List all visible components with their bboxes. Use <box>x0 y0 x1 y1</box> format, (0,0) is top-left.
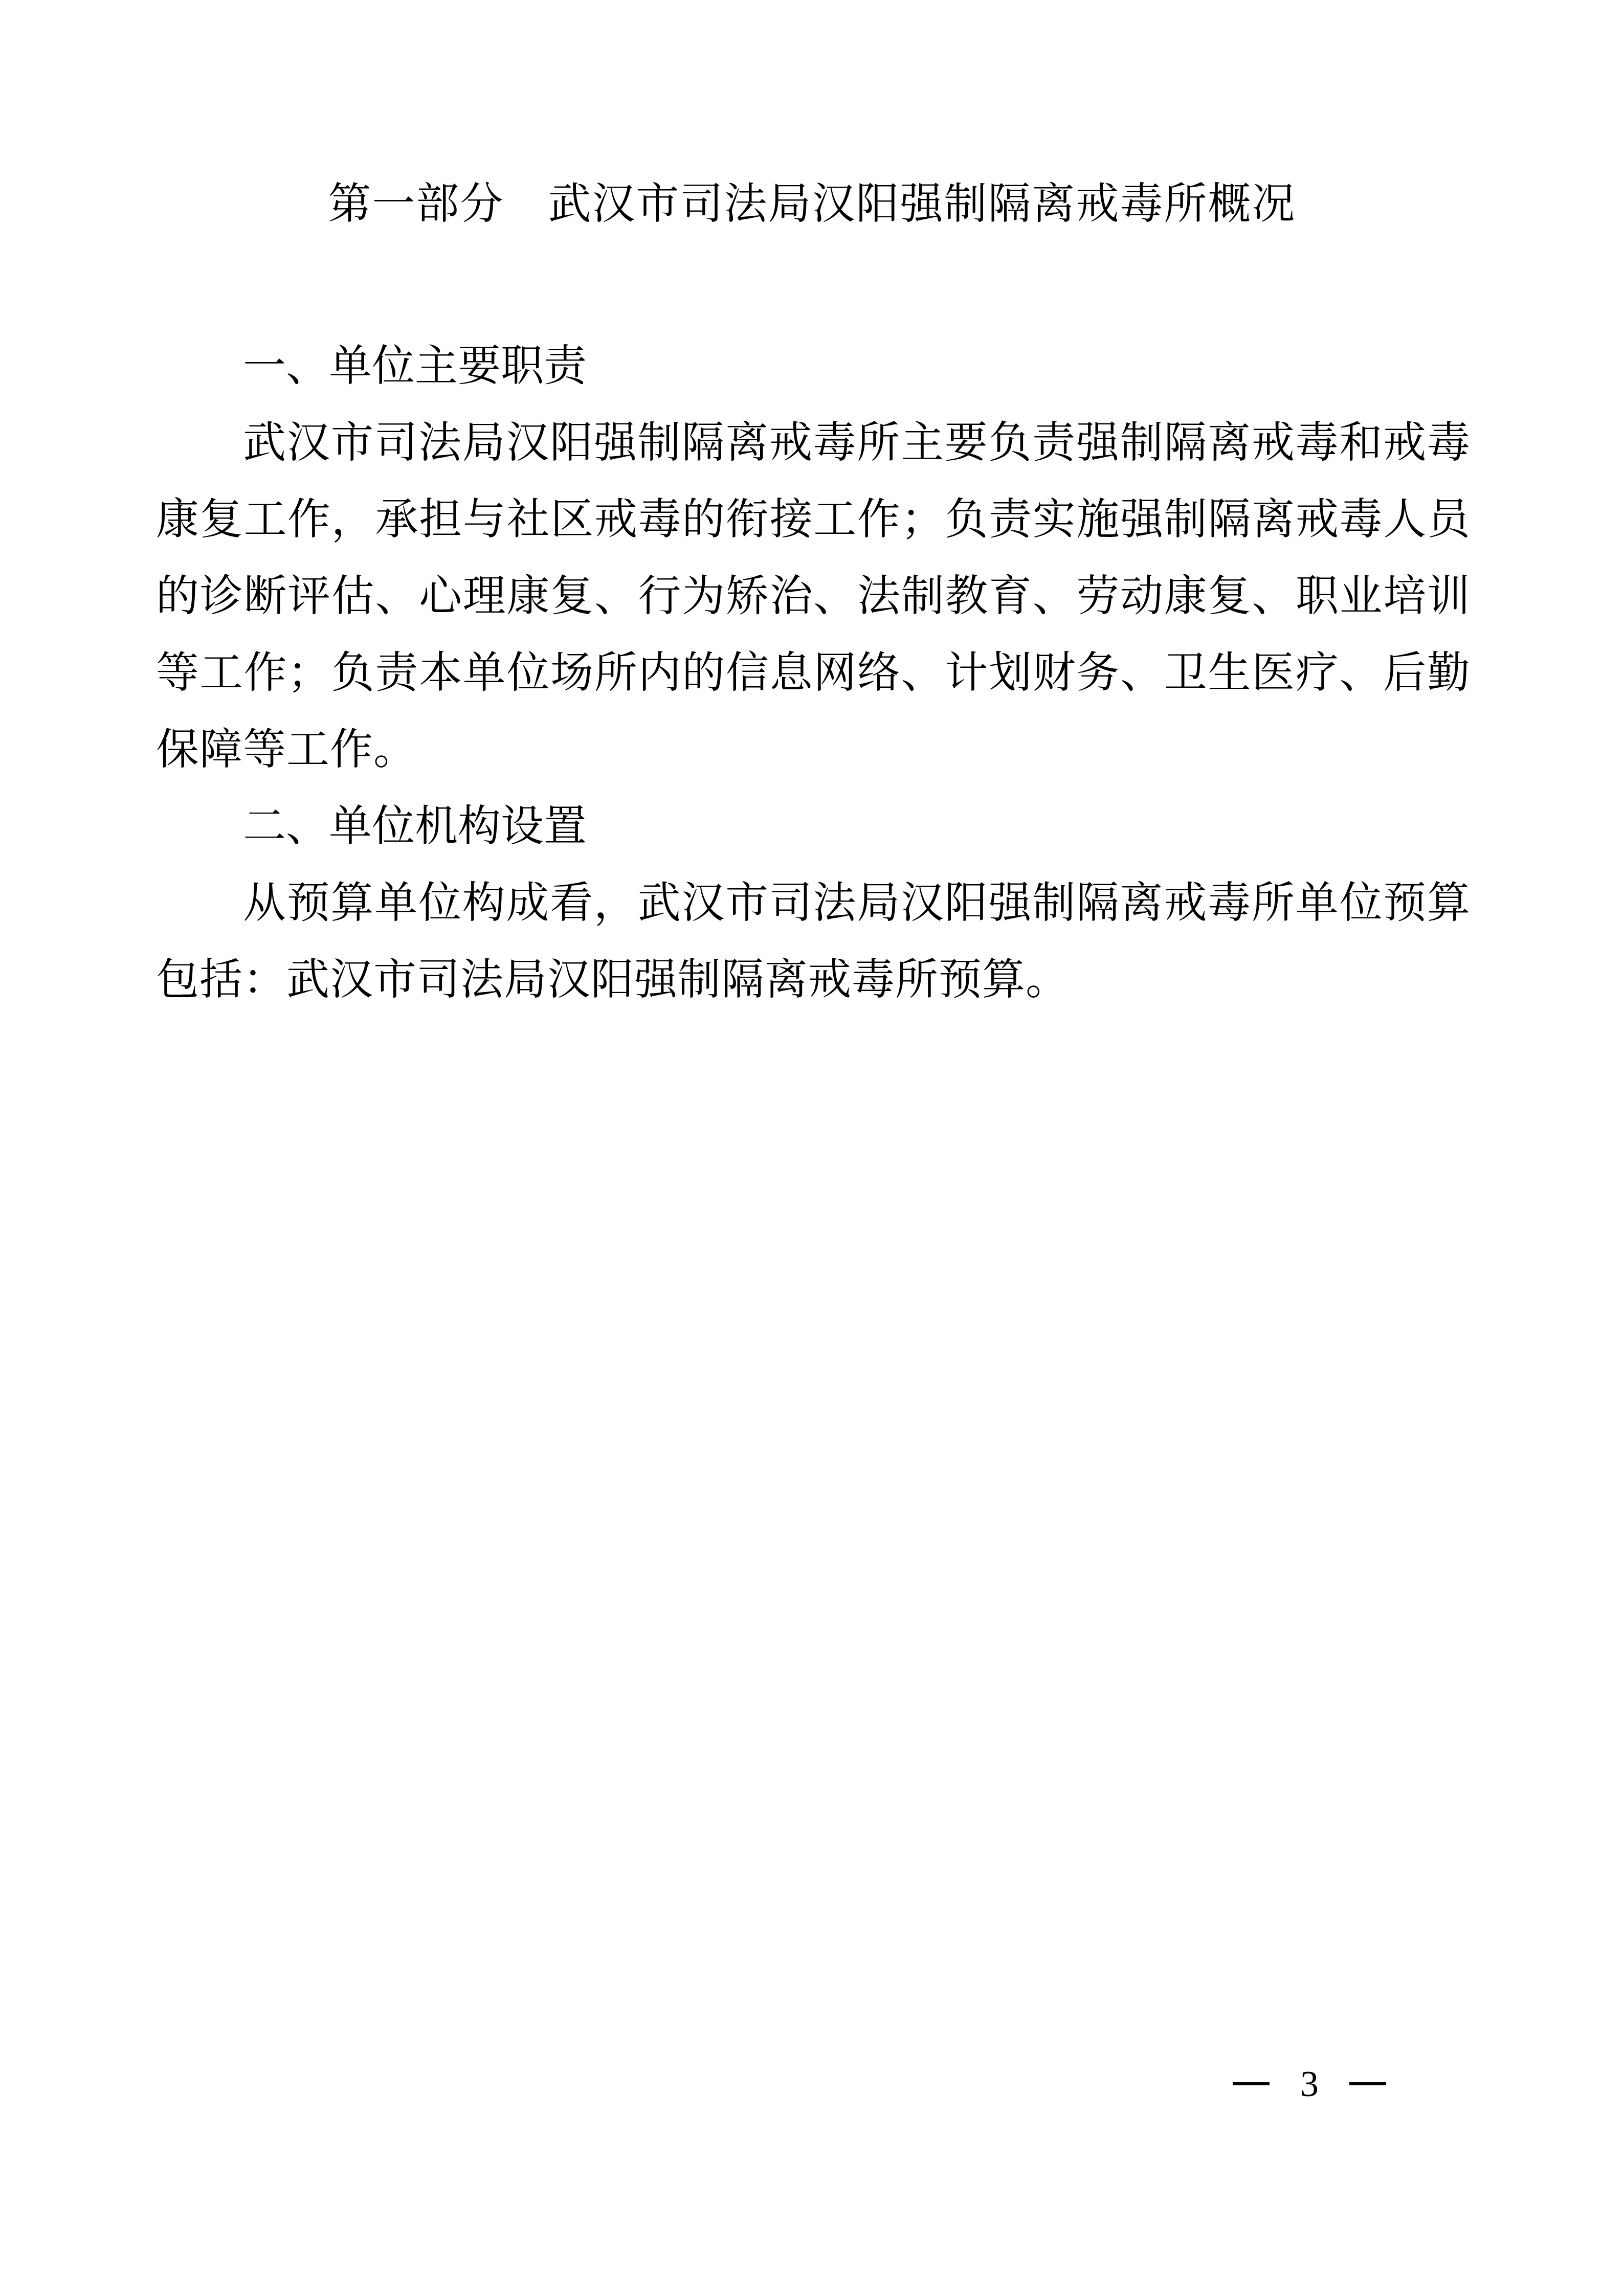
section-heading: 二、单位机构设置 <box>156 787 1471 864</box>
section-heading: 一、单位主要职责 <box>156 327 1471 404</box>
dash-decoration <box>1349 2082 1386 2085</box>
page-title: 第一部分 武汉市司法局汉阳强制隔离戒毒所概况 <box>0 173 1624 234</box>
document-body: 一、单位主要职责 武汉市司法局汉阳强制隔离戒毒所主要负责强制隔离戒毒和戒毒康复工… <box>156 327 1471 1018</box>
section-organization: 二、单位机构设置 从预算单位构成看，武汉市司法局汉阳强制隔离戒毒所单位预算包括：… <box>156 787 1471 1018</box>
paragraph: 从预算单位构成看，武汉市司法局汉阳强制隔离戒毒所单位预算包括：武汉市司法局汉阳强… <box>156 864 1471 1018</box>
section-main-duties: 一、单位主要职责 武汉市司法局汉阳强制隔离戒毒所主要负责强制隔离戒毒和戒毒康复工… <box>156 327 1471 787</box>
paragraph: 武汉市司法局汉阳强制隔离戒毒所主要负责强制隔离戒毒和戒毒康复工作，承担与社区戒毒… <box>156 404 1471 787</box>
dash-decoration <box>1233 2082 1270 2085</box>
page-number: 3 <box>1300 2061 1319 2107</box>
page-footer: 3 <box>1233 2061 1386 2107</box>
